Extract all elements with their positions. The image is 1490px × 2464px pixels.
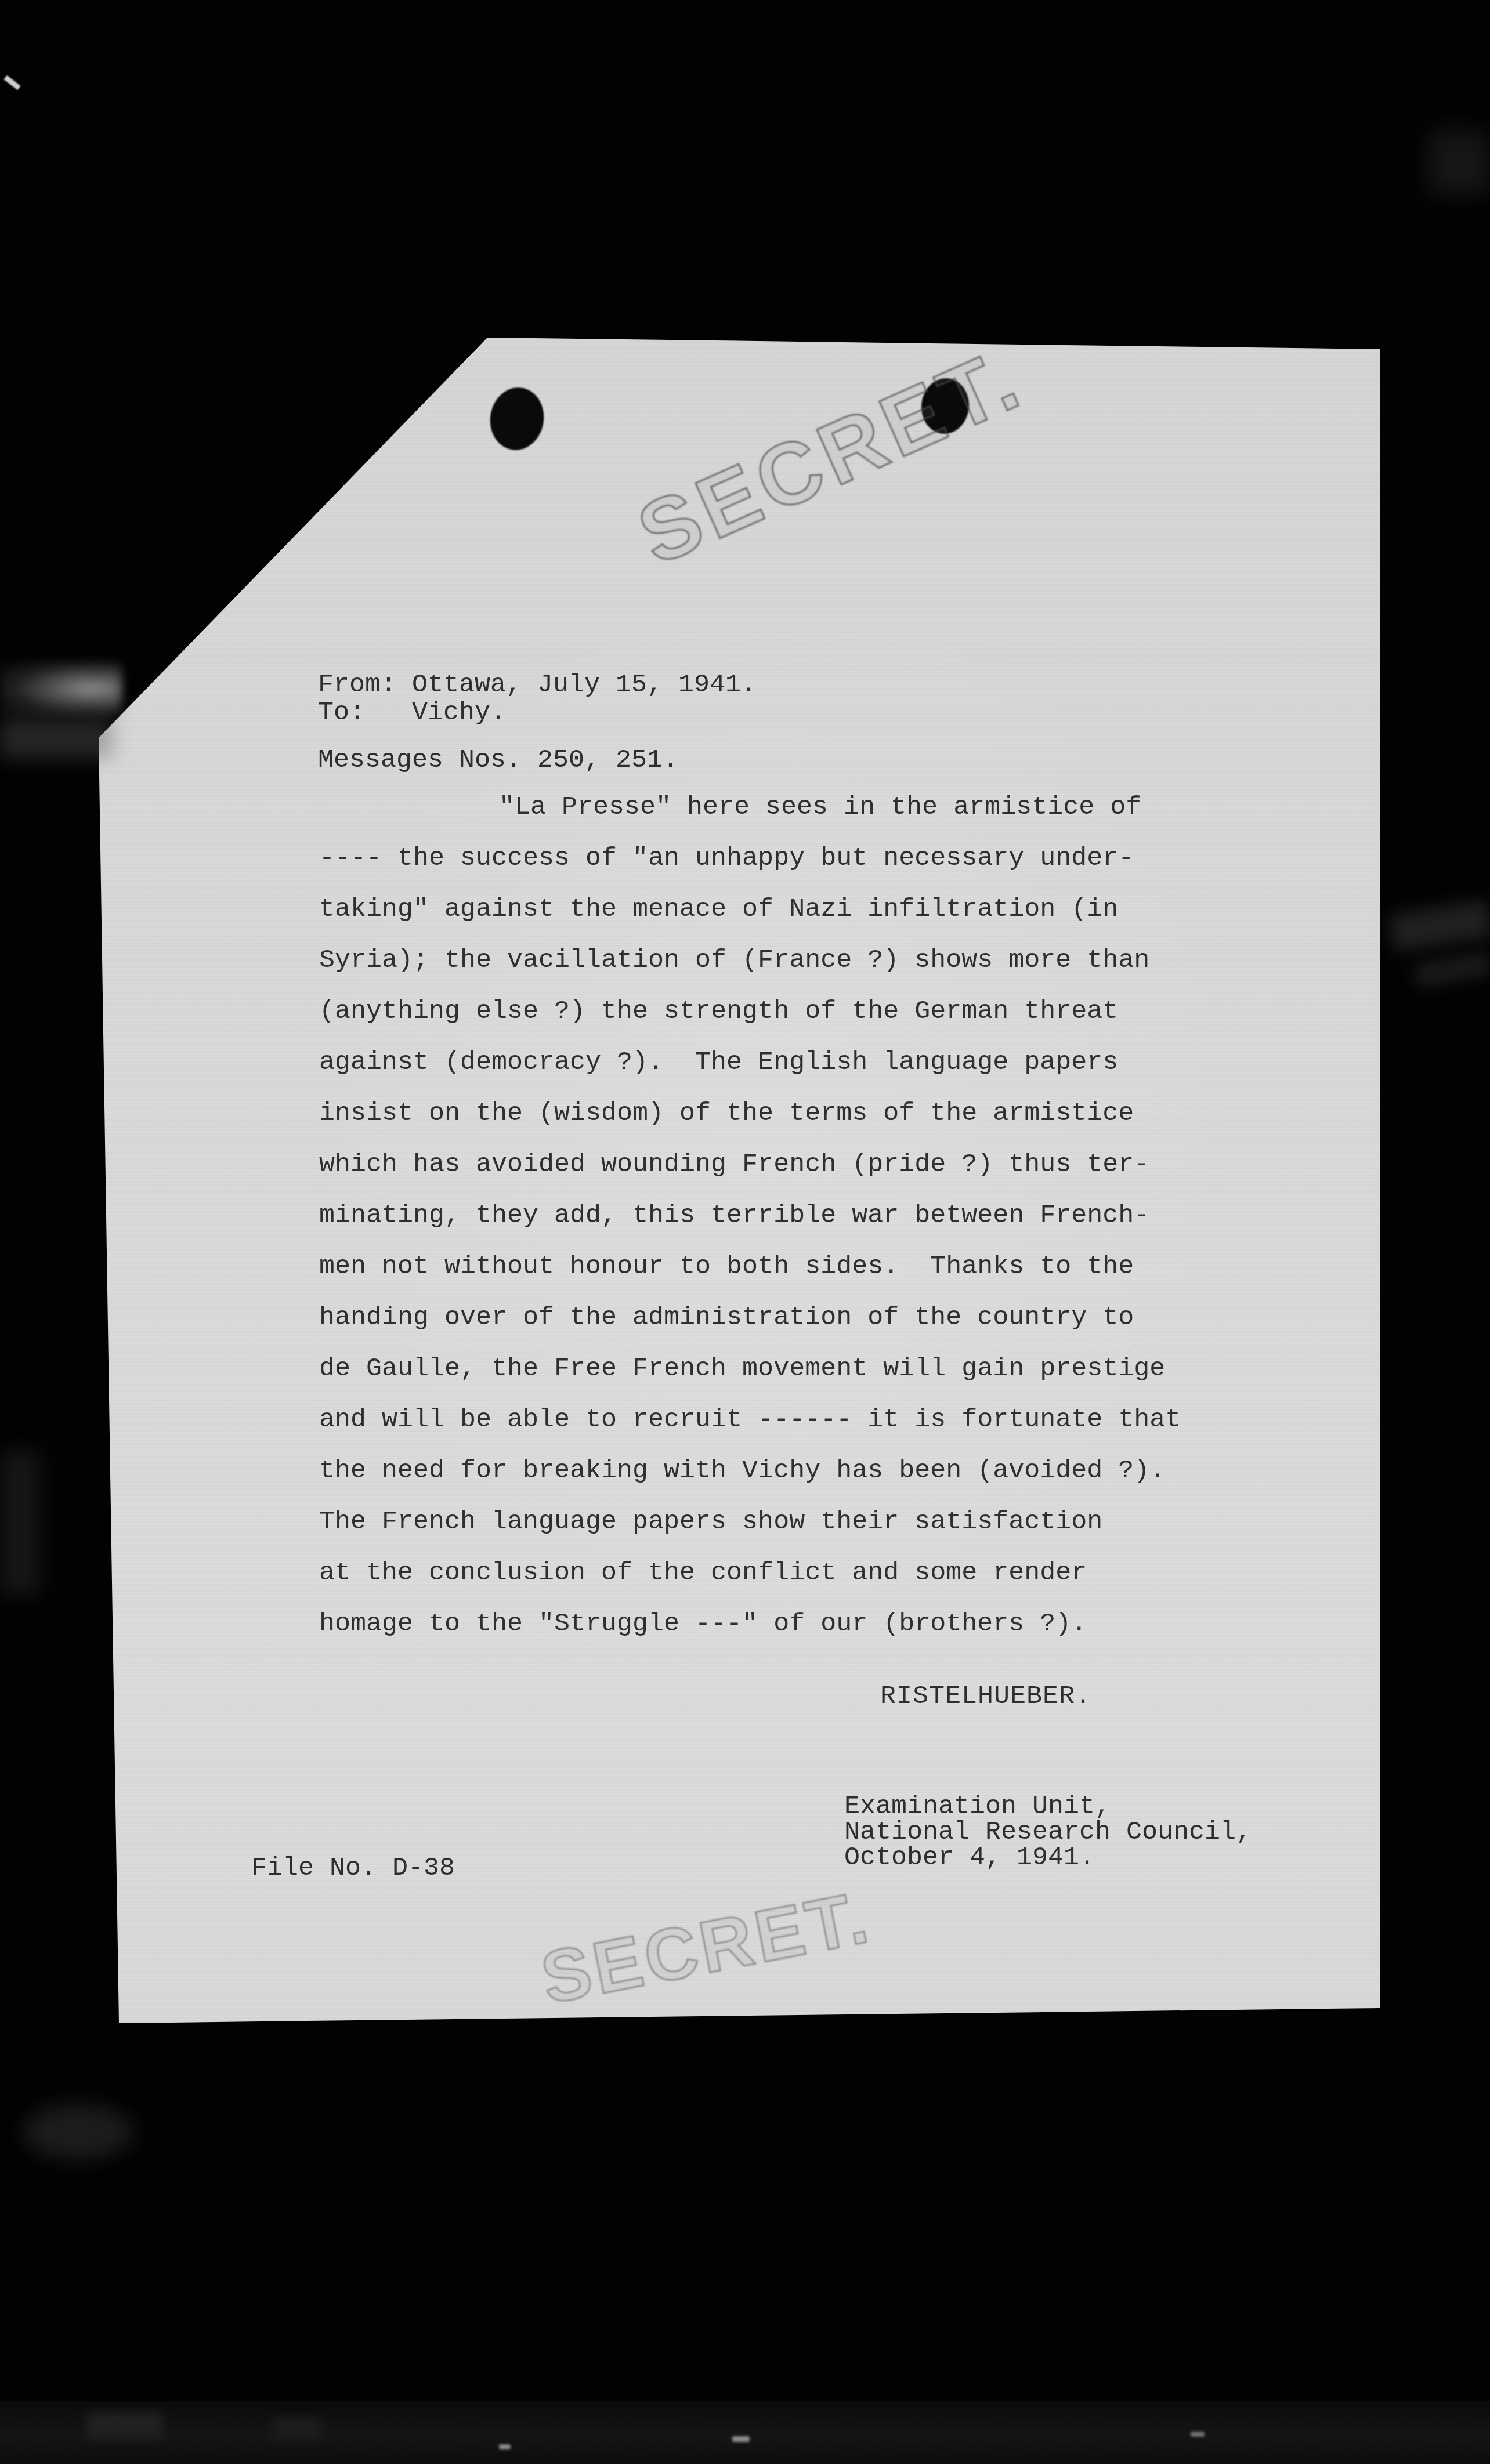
scan-artifact xyxy=(23,2104,133,2159)
scan-artifact xyxy=(0,718,113,759)
unit-line: National Research Council, xyxy=(844,1819,1252,1845)
body-line: homage to the "Struggle ---" of our (bro… xyxy=(319,1599,1181,1650)
body-line: taking" against the menace of Nazi infil… xyxy=(319,884,1181,935)
from-line: From: Ottawa, July 15, 1941. xyxy=(318,672,757,698)
body-line: "La Presse" here sees in the armistice o… xyxy=(319,782,1181,833)
unit-line: October 4, 1941. xyxy=(844,1845,1095,1871)
body-line: at the conclusion of the conflict and so… xyxy=(319,1548,1181,1599)
film-edge-strip xyxy=(0,2401,1490,2464)
unit-line: Examination Unit, xyxy=(844,1793,1111,1820)
body-line: (anything else ?) the strength of the Ge… xyxy=(319,986,1181,1037)
body-line: The French language papers show their sa… xyxy=(319,1496,1181,1548)
body-line: which has avoided wounding French (pride… xyxy=(319,1139,1181,1190)
to-line: To: Vichy. xyxy=(318,700,506,726)
body-line: de Gaulle, the Free French movement will… xyxy=(319,1343,1181,1394)
signature: RISTELHUEBER. xyxy=(880,1683,1091,1709)
scan-artifact xyxy=(3,75,20,90)
file-number: File No. D-38 xyxy=(251,1855,455,1881)
scan-artifact xyxy=(1389,900,1490,951)
scan-artifact xyxy=(499,2444,511,2449)
body-line: ---- the success of "an unhappy but nece… xyxy=(319,833,1181,884)
body-line: insist on the (wisdom) of the terms of t… xyxy=(319,1088,1181,1139)
scan-artifact xyxy=(1191,2432,1205,2437)
scan-artifact xyxy=(1414,951,1490,988)
body-line: men not without honour to both sides. Th… xyxy=(319,1241,1181,1292)
body-line: the need for breaking with Vichy has bee… xyxy=(319,1445,1181,1496)
scan-artifact xyxy=(732,2436,750,2442)
body-line: minating, they add, this terrible war be… xyxy=(319,1190,1181,1241)
scan-artifact xyxy=(0,1450,41,1595)
body-line: Syria); the vacillation of (France ?) sh… xyxy=(319,935,1181,986)
scan-artifact xyxy=(0,661,122,716)
body-line: and will be able to recruit ------ it is… xyxy=(319,1394,1181,1445)
messages-line: Messages Nos. 250, 251. xyxy=(318,747,678,773)
body-line: handing over of the administration of th… xyxy=(319,1292,1181,1343)
message-body: "La Presse" here sees in the armistice o… xyxy=(319,782,1181,1650)
scan-artifact xyxy=(87,2412,162,2440)
scan-artifact xyxy=(1428,131,1490,194)
scan-artifact xyxy=(273,2418,323,2441)
scanned-page-background: SECRET. SECRET. From: Ottawa, July 15, 1… xyxy=(0,0,1490,2464)
body-line: against (democracy ?). The English langu… xyxy=(319,1037,1181,1088)
